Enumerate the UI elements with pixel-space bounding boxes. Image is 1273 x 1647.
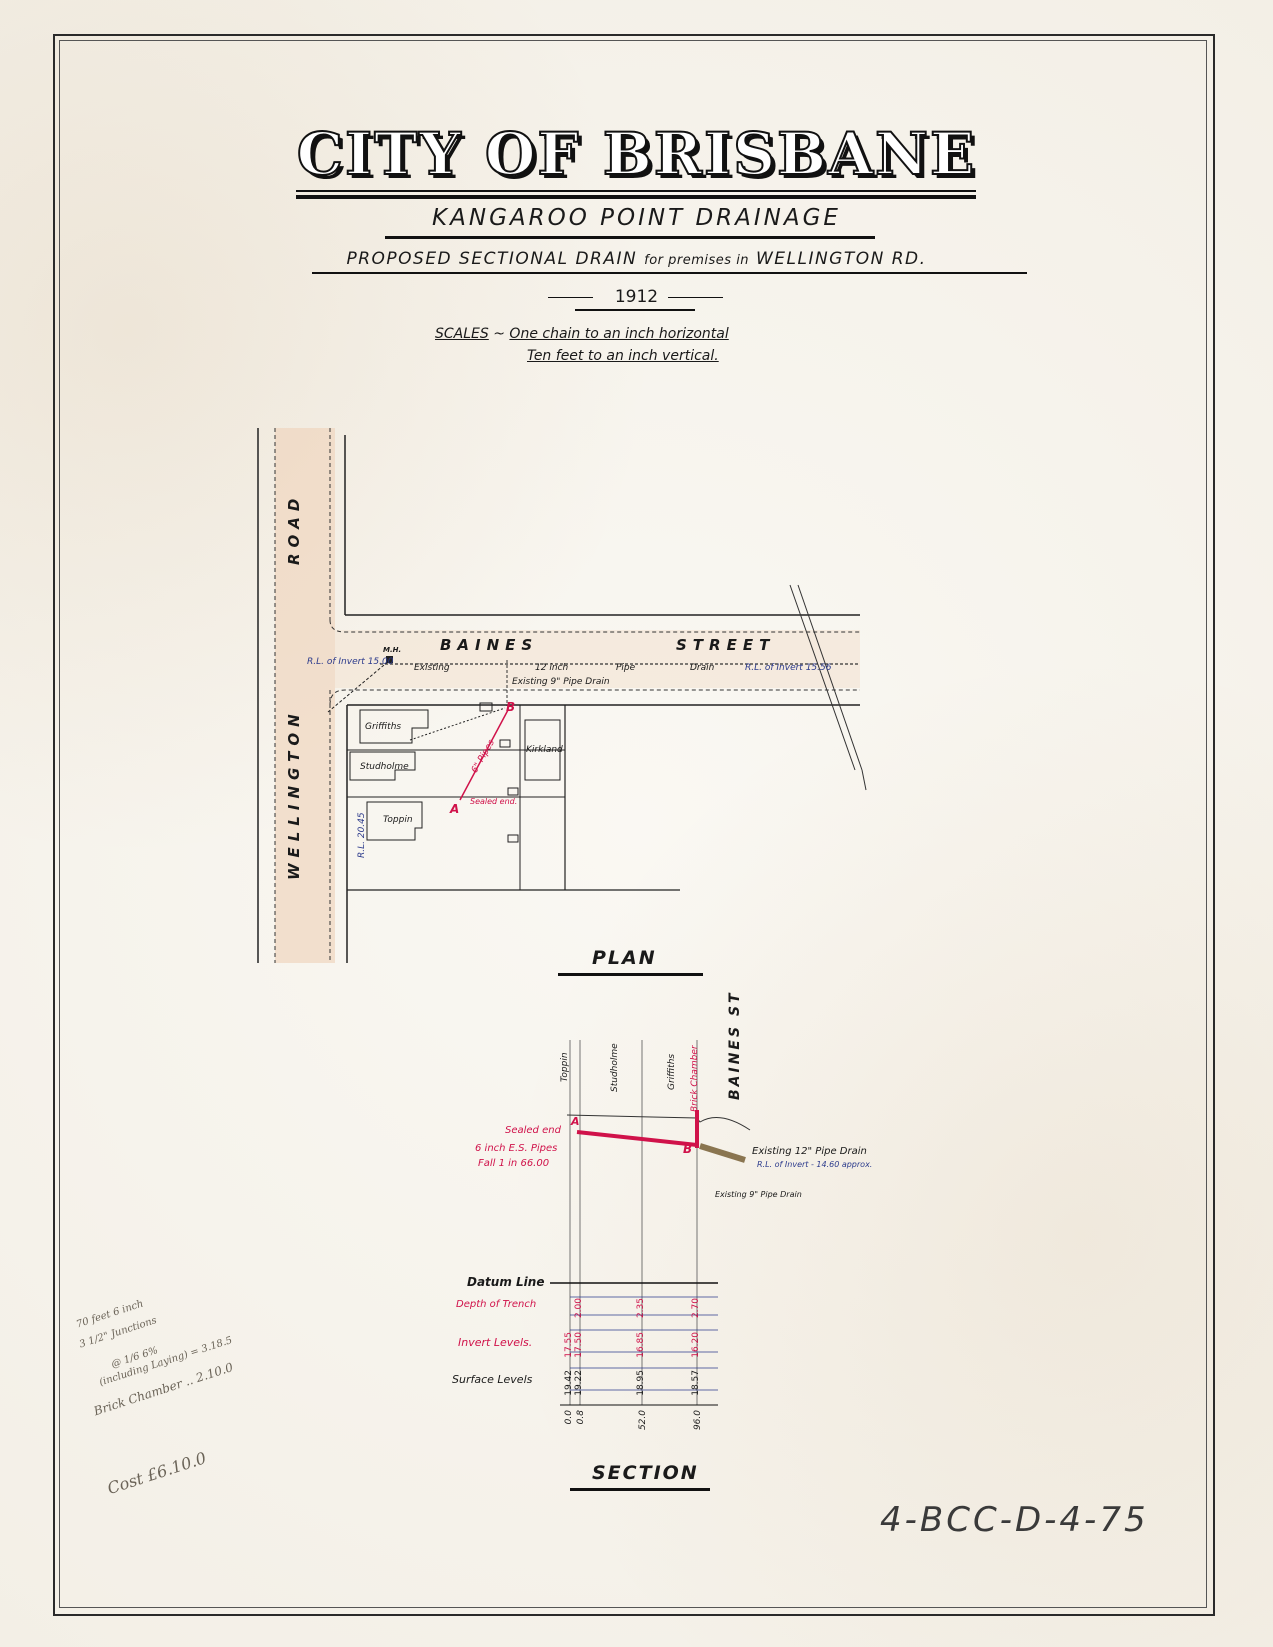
premise-toppin: Toppin xyxy=(383,815,413,825)
plan-drawing xyxy=(0,0,1273,1647)
plan-point-b: B xyxy=(506,700,515,714)
section-heading: SECTION xyxy=(592,1462,699,1484)
section-heading-rule xyxy=(570,1488,710,1491)
chainage-value: 0.0 xyxy=(564,1410,574,1424)
section-pipes-line2: Fall 1 in 66.00 xyxy=(478,1158,549,1169)
plan-heading-rule xyxy=(558,973,703,976)
section-existing-9: Existing 9" Pipe Drain xyxy=(715,1190,802,1199)
road-label: ROAD xyxy=(285,493,303,565)
datum-line-label: Datum Line xyxy=(467,1275,544,1289)
surface-label: Surface Levels xyxy=(452,1373,532,1386)
chainage-value: 0.8 xyxy=(576,1410,586,1424)
surface-value: 18.95 xyxy=(636,1370,646,1396)
mh-label: M.H. xyxy=(383,646,401,654)
rl-invert-left: R.L. of Invert 15.00 xyxy=(307,657,393,667)
col-brick-chamber: Brick Chamber xyxy=(690,1045,700,1112)
surface-value: 19.22 xyxy=(574,1370,584,1396)
drain-label: Drain xyxy=(690,663,714,673)
chainage-value: 52.0 xyxy=(638,1410,648,1430)
invert-value: 17.50 xyxy=(574,1332,584,1358)
depth-value: 2.00 xyxy=(574,1298,584,1318)
section-existing-12: Existing 12" Pipe Drain xyxy=(752,1146,867,1157)
plan-sealed-end: Sealed end. xyxy=(470,797,517,806)
invert-label: Invert Levels. xyxy=(458,1336,532,1349)
chainage-value: 96.0 xyxy=(693,1410,703,1430)
surface-value: 19.42 xyxy=(564,1370,574,1396)
wellington-label: WELLINGTON xyxy=(285,708,303,880)
surface-value: 18.57 xyxy=(691,1370,701,1396)
section-point-b: B xyxy=(683,1142,692,1156)
pipe-label: Pipe xyxy=(616,663,635,673)
section-rl-invert: R.L. of Invert - 14.60 approx. xyxy=(757,1160,872,1169)
premise-griffiths: Griffiths xyxy=(365,722,401,732)
baines-label: BAINES xyxy=(440,636,538,654)
depth-value: 2.35 xyxy=(636,1298,646,1318)
section-pipes-line1: 6 inch E.S. Pipes xyxy=(475,1143,557,1154)
depth-value: 2.70 xyxy=(691,1298,701,1318)
col-studholme: Studholme xyxy=(610,1043,620,1092)
invert-value: 17.55 xyxy=(564,1332,574,1358)
rl-toppin: R.L. 20.45 xyxy=(357,812,367,858)
twelve-inch-label: 12 inch xyxy=(535,663,568,673)
existing-9-label: Existing 9" Pipe Drain xyxy=(512,677,610,687)
invert-value: 16.20 xyxy=(691,1332,701,1358)
col-toppin: Toppin xyxy=(560,1052,570,1082)
col-griffiths: Griffiths xyxy=(667,1054,677,1090)
section-sealed-end: Sealed end xyxy=(505,1125,561,1136)
plan-heading: PLAN xyxy=(592,947,657,969)
reference-number: 4-BCC-D-4-75 xyxy=(880,1500,1149,1540)
premise-studholme: Studholme xyxy=(360,762,409,772)
plan-point-a: A xyxy=(450,802,459,816)
premise-kirkland: Kirkland xyxy=(526,745,563,755)
section-point-a: A xyxy=(571,1115,580,1128)
rl-invert-right: R.L. of Invert 15.56 xyxy=(745,663,831,673)
section-baines-st: BAINES ST xyxy=(727,990,743,1100)
depth-label: Depth of Trench xyxy=(456,1299,536,1310)
invert-value: 16.85 xyxy=(636,1332,646,1358)
street-label: STREET xyxy=(676,636,775,654)
existing-label: Existing xyxy=(414,663,450,673)
